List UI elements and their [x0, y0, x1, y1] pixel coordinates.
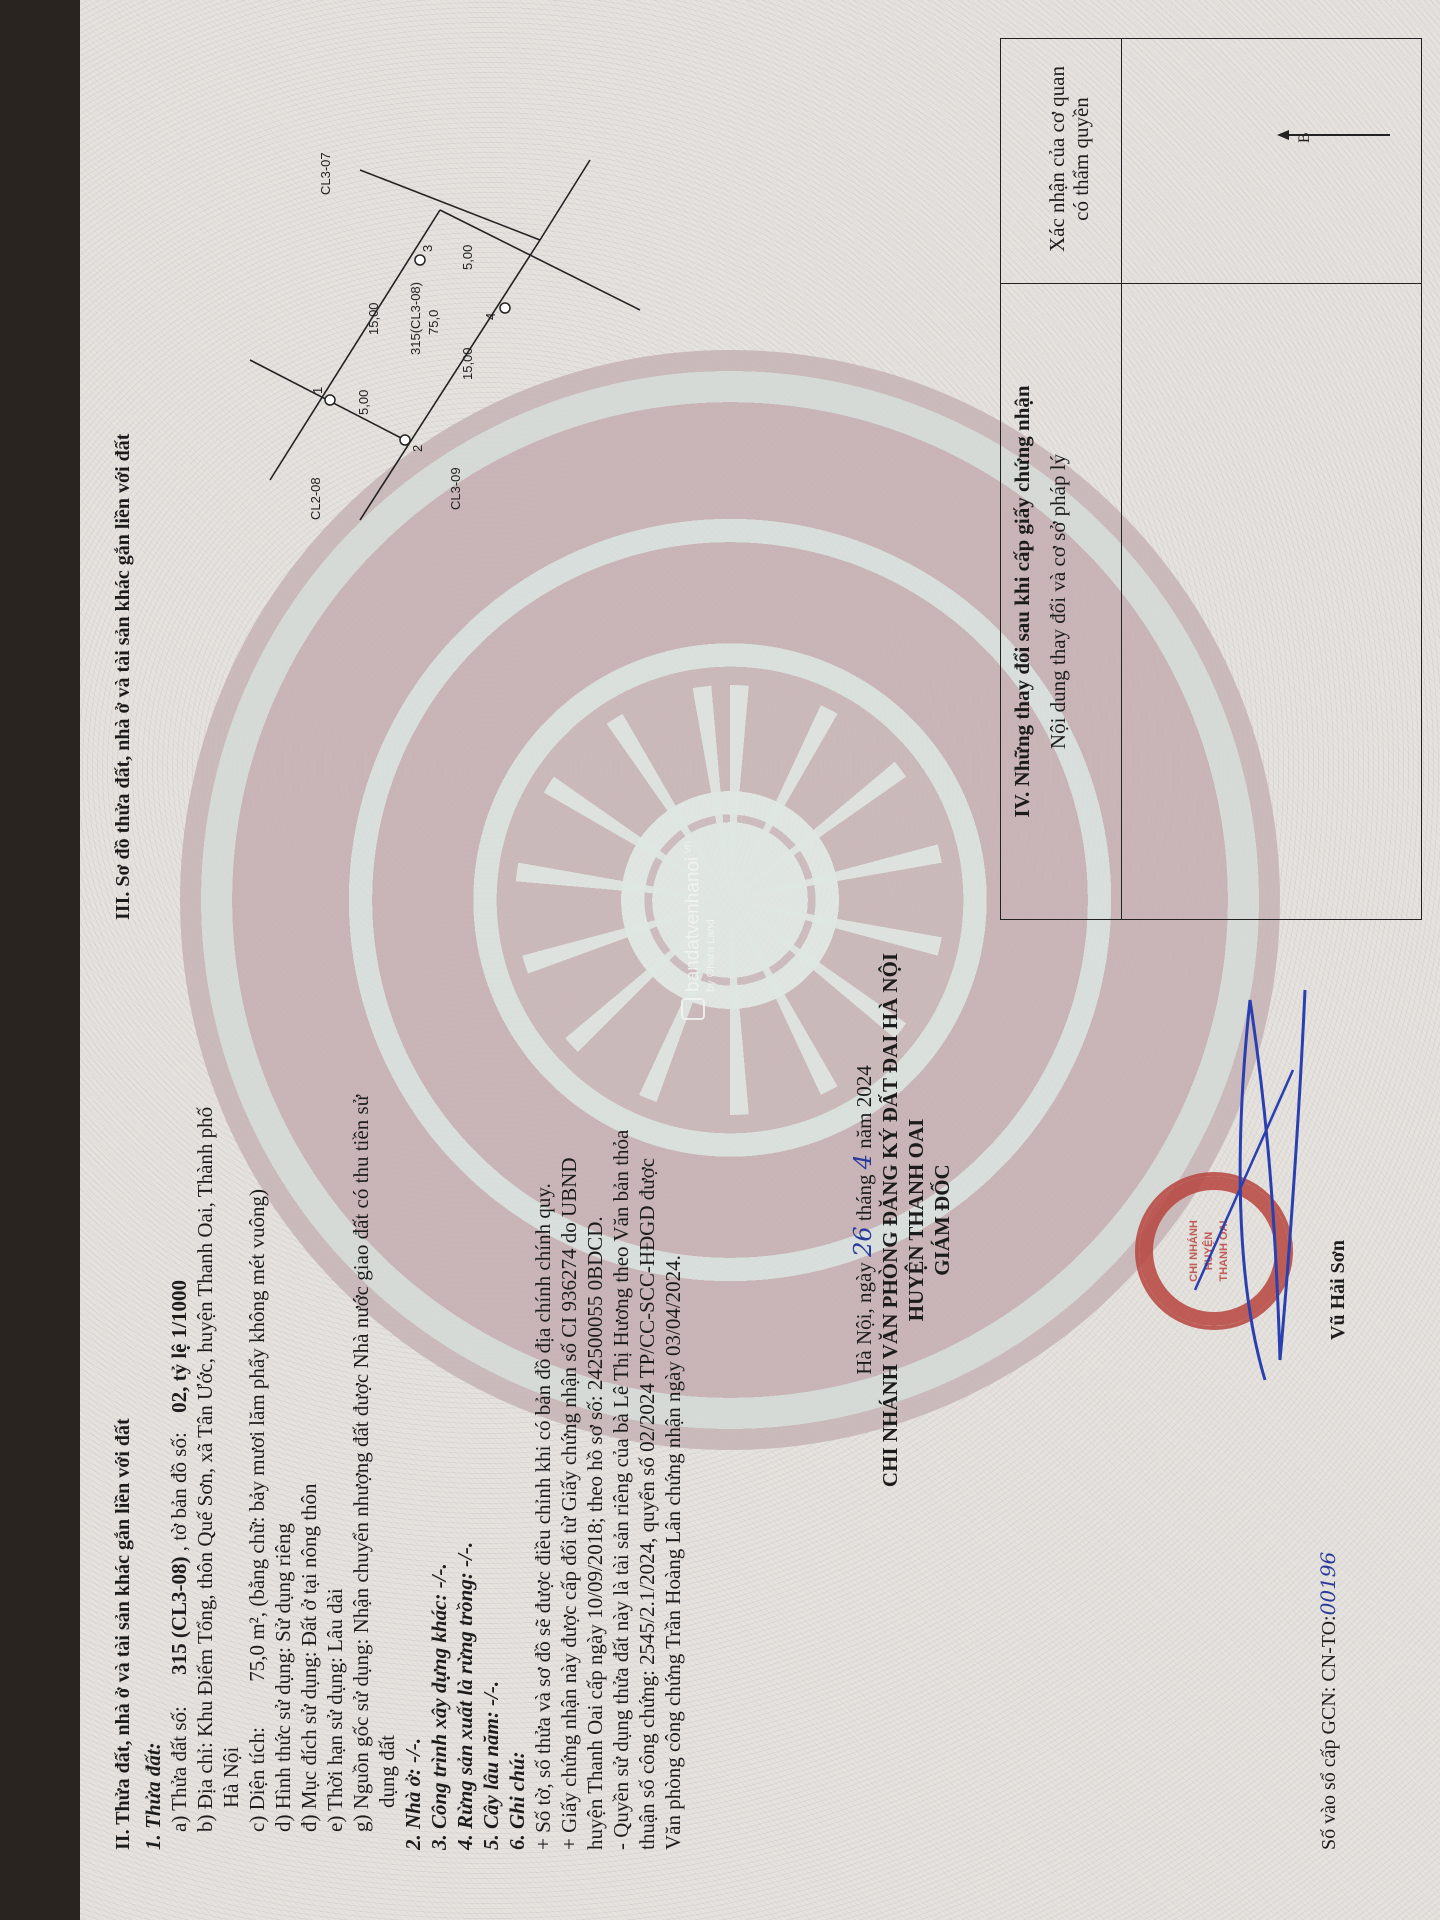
section-plot-diagram: III. Sơ đồ thửa đất, nhà ở và tài sản kh… — [110, 40, 140, 920]
signer-name: Vũ Hải Sơn — [1325, 1240, 1351, 1340]
col-authority-confirmation: Xác nhận của cơ quan có thẩm quyền — [1045, 39, 1093, 279]
usage-term-value: Lâu dài — [323, 1588, 347, 1652]
col-authority-line1: Xác nhận của cơ quan — [1045, 39, 1069, 279]
issue-month: 4 — [849, 1154, 877, 1169]
item-3-other-works: 3. Công trình xây dựng khác: -/-. — [426, 950, 452, 1850]
signer-title: GIÁM ĐỐC — [929, 940, 955, 1500]
plot-sketch: 1 2 3 4 5,00 15,00 5,00 15,00 315(CL3-08… — [210, 120, 730, 540]
neighbor-label: CL3-07 — [318, 152, 333, 195]
address-cont: Hà Nội — [218, 950, 244, 1850]
usage-form-label: d) Hình thức sử dụng: — [271, 1647, 295, 1832]
usage-term-label: e) Thời hạn sử dụng: — [323, 1657, 347, 1832]
certificate-content: II. Thửa đất, nhà ở và tài sản khác gắn … — [80, 0, 1440, 1920]
col-authority-line2: có thẩm quyền — [1069, 39, 1093, 279]
area-row: c) Diện tích: 75,0 m², (bằng chữ: bảy mư… — [244, 950, 270, 1850]
plot-point-4: 4 — [483, 313, 498, 320]
usage-form-row: d) Hình thức sử dụng: Sử dụng riêng — [270, 950, 296, 1850]
address-label: b) Địa chỉ: — [193, 1742, 217, 1832]
note-line: + Số tờ, số thửa và sơ đồ sẽ được điều c… — [530, 950, 556, 1850]
map-sheet-label: , tờ bản đồ số: — [167, 1432, 191, 1551]
issue-date: Hà Nội, ngày 26 tháng 4 năm 2024 — [850, 940, 877, 1500]
handwritten-signature — [1115, 980, 1345, 1400]
item-1-title: 1. Thửa đất: — [140, 950, 166, 1850]
parcel-number-label: a) Thửa đất số: — [167, 1706, 191, 1832]
note-line: - Quyền sử dụng thửa đất này là tài sản … — [608, 950, 634, 1850]
usage-purpose-row: đ) Mục đích sử dụng: Đất ở tại nông thôn — [296, 950, 322, 1850]
origin-value: Nhận chuyển nhượng đất được Nhà nước gia… — [349, 1095, 373, 1633]
edge-label: 15,00 — [366, 302, 381, 335]
plot-area-label: 75,0 — [426, 310, 441, 335]
parcel-number-value: 315 (CL3-08) — [167, 1556, 191, 1674]
month-label: tháng — [852, 1174, 876, 1221]
issuing-org-line2: HUYỆN THANH OAI — [903, 940, 929, 1500]
usage-purpose-label: đ) Mục đích sử dụng: — [297, 1651, 321, 1832]
note-line: thuận số công chứng: 2545/2.1/2024, quyể… — [634, 950, 660, 1850]
plot-point-2: 2 — [410, 445, 425, 452]
usage-form-value: Sử dụng riêng — [271, 1523, 295, 1642]
edge-label: 15,00 — [460, 347, 475, 380]
usage-term-row: e) Thời hạn sử dụng: Lâu dài — [322, 950, 348, 1850]
note-line: huyện Thanh Oai cấp ngày 10/09/2018; the… — [582, 950, 608, 1850]
registry-number: Số vào sổ cấp GCN: CN-TO:00196 — [1315, 1552, 1342, 1850]
origin-cont: dụng đất — [374, 950, 400, 1850]
date-prefix: Hà Nội, ngày — [852, 1262, 876, 1375]
signature-block: Hà Nội, ngày 26 tháng 4 năm 2024 CHI NHÁ… — [850, 940, 955, 1500]
note-line: Văn phòng công chứng Trần Hoàng Lân chứn… — [660, 950, 686, 1850]
note-line: + Giấy chứng nhận này được cấp đổi từ Gi… — [556, 950, 582, 1850]
col-change-content: Nội dung thay đổi và cơ sở pháp lý — [1045, 284, 1071, 919]
area-value: 75,0 m², (bằng chữ: bảy mươi lăm phẩy kh… — [245, 1189, 269, 1682]
area-label: c) Diện tích: — [245, 1727, 269, 1832]
section-3-title: III. Sơ đồ thửa đất, nhà ở và tài sản kh… — [110, 40, 136, 920]
section-2-title: II. Thửa đất, nhà ở và tài sản khác gắn … — [110, 950, 136, 1850]
item-4-forest: 4. Rừng sản xuất là rừng trồng: -/-. — [452, 950, 478, 1850]
map-sheet-value: 02, tỷ lệ 1/1000 — [167, 1280, 191, 1413]
origin-label: g) Nguồn gốc sử dụng: — [349, 1639, 373, 1832]
neighbor-label: CL2-08 — [308, 477, 323, 520]
year-label: năm 2024 — [852, 1065, 876, 1148]
item-5-perennial: 5. Cây lâu năm: -/-. — [478, 950, 504, 1850]
plot-id-label: 315(CL3-08) — [408, 282, 423, 355]
edge-label: 5,00 — [356, 390, 371, 415]
item-2-house: 2. Nhà ở: -/-. — [400, 950, 426, 1850]
parcel-number-row: a) Thửa đất số: 315 (CL3-08) , tờ bản đồ… — [166, 950, 192, 1850]
issue-day: 26 — [849, 1226, 877, 1257]
changes-table: IV. Những thay đổi sau khi cấp giấy chứn… — [1000, 38, 1422, 920]
plot-point-1: 1 — [310, 387, 325, 394]
issuing-org-line1: CHI NHÁNH VĂN PHÒNG ĐĂNG KÝ ĐẤT ĐAI HÀ N… — [877, 940, 903, 1500]
address-value: Khu Điếm Tổng, thôn Quế Sơn, xã Tân Ước,… — [193, 1107, 217, 1737]
origin-row: g) Nguồn gốc sử dụng: Nhận chuyển nhượng… — [348, 950, 374, 1850]
item-6-notes-title: 6. Ghi chú: — [504, 950, 530, 1850]
neighbor-label: CL3-09 — [448, 467, 463, 510]
section-4-title: IV. Những thay đổi sau khi cấp giấy chứn… — [1009, 284, 1035, 919]
registry-label: Số vào sổ cấp GCN: CN-TO: — [1318, 1615, 1340, 1850]
edge-label: 5,00 — [460, 245, 475, 270]
registry-value: 00196 — [1316, 1552, 1340, 1616]
plot-point-3: 3 — [420, 245, 435, 252]
usage-purpose-value: Đất ở tại nông thôn — [297, 1483, 321, 1646]
section-land-parcel: II. Thửa đất, nhà ở và tài sản khác gắn … — [110, 950, 686, 1850]
address-row: b) Địa chỉ: Khu Điếm Tổng, thôn Quế Sơn,… — [192, 950, 218, 1850]
